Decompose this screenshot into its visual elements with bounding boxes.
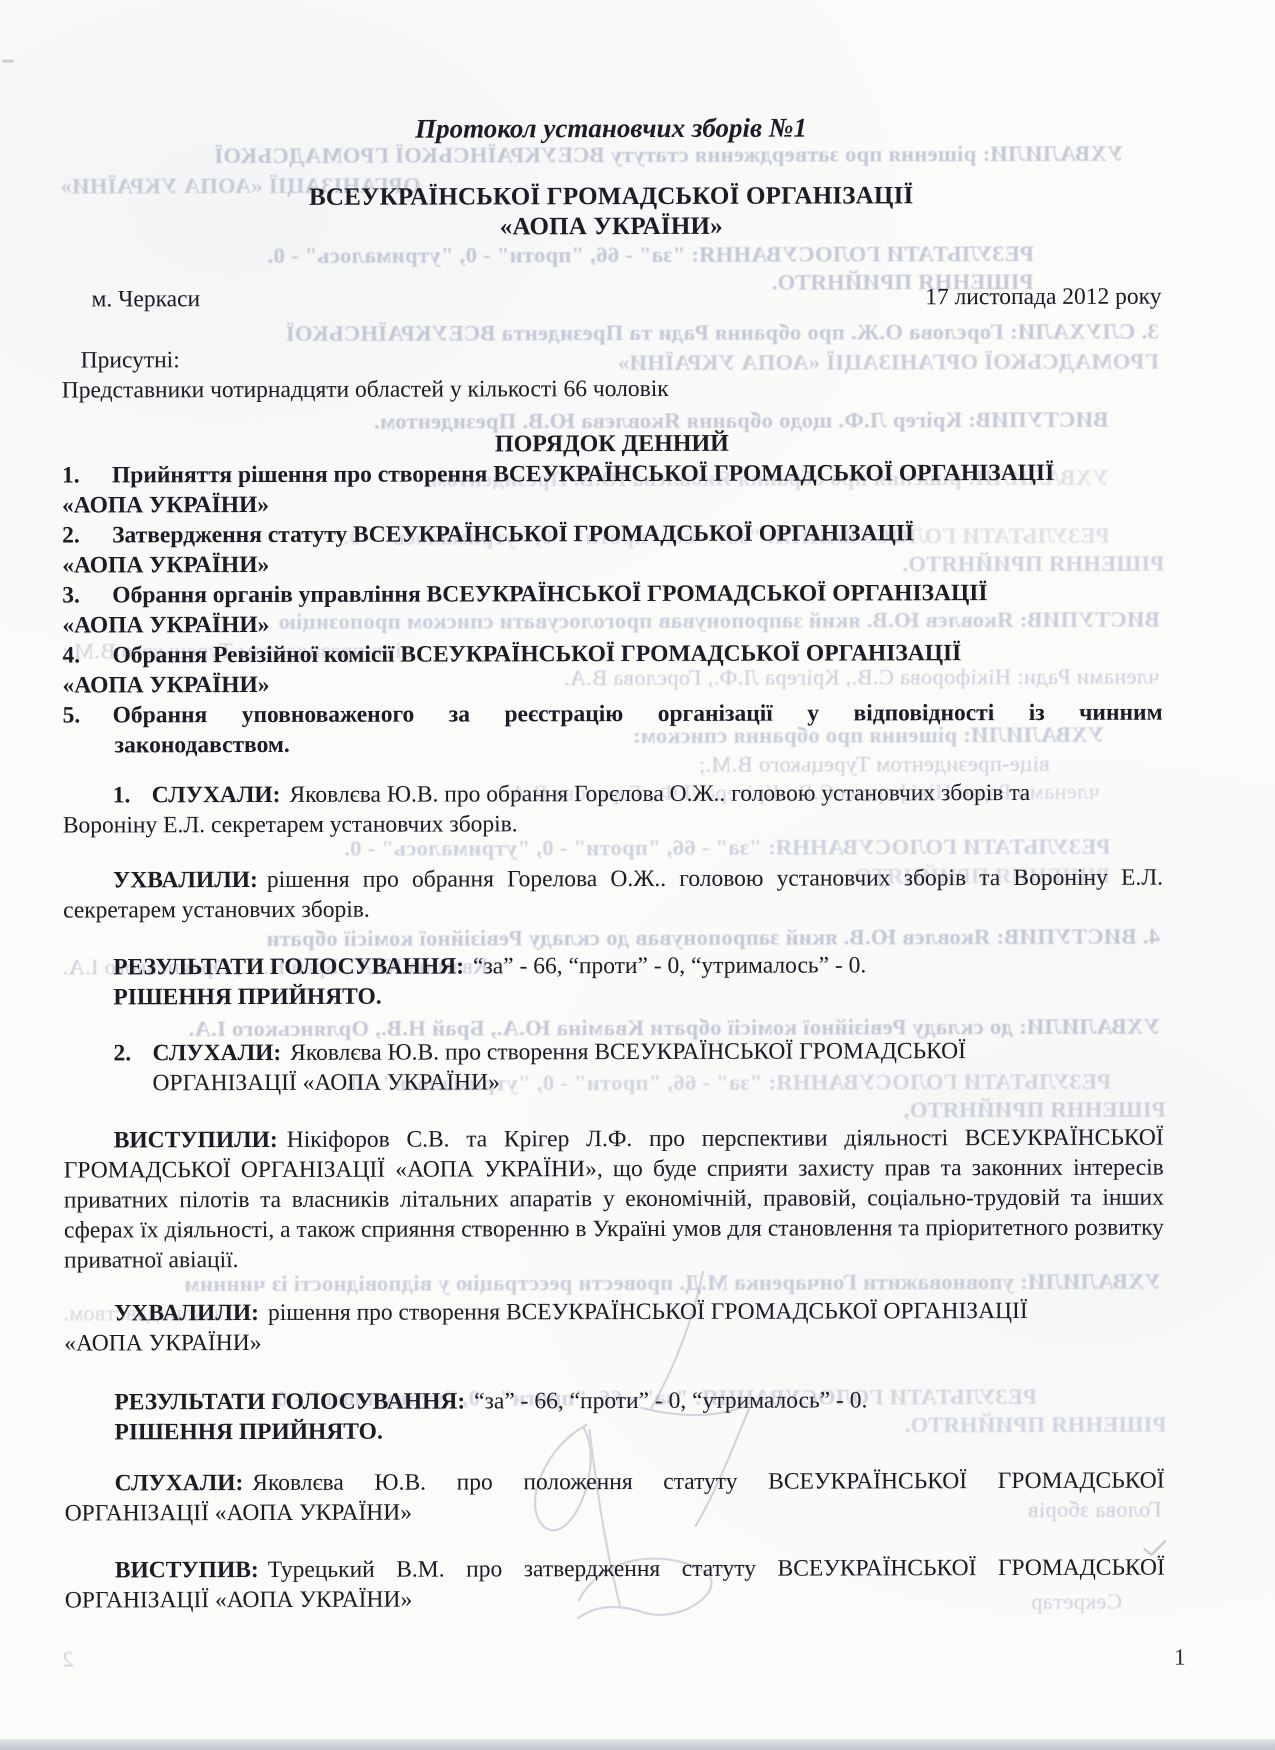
document-city: м. Черкаси <box>91 284 200 314</box>
agenda-item-3: 3.Обрання органів управління ВСЕУКРАЇНСЬ… <box>62 578 1162 641</box>
section-2-decision: РІШЕННЯ ПРИЙНЯТО. <box>64 1415 1164 1448</box>
section-text: Яковлєва Ю.В. про створення ВСЕУКРАЇНСЬК… <box>290 1038 966 1066</box>
section-text: Яковлєва Ю.В. про положення статуту ВСЕУ… <box>252 1468 1164 1496</box>
section-2-uhvalyly: УХВАЛИЛИ:рішення про створення ВСЕУКРАЇН… <box>64 1296 1164 1359</box>
agenda-text-line2: «АОПА УКРАЇНИ» <box>62 548 1162 581</box>
section-label: УХВАЛИЛИ: <box>114 1300 259 1326</box>
agenda-number: 2. <box>62 520 112 550</box>
scanned-document-page: УХВАЛИЛИ: рішення про затвердження стату… <box>0 0 1275 1750</box>
present-text: Представники чотирнадцяти областей у кіл… <box>62 373 1162 406</box>
section-text: рішення про створення ВСЕУКРАЇНСЬКОЇ ГРО… <box>268 1298 1028 1326</box>
organization-name-line1: ВСЕУКРАЇНСЬКОЇ ГРОМАДСЬКОЇ ОРГАНІЗАЦІЇ <box>61 181 1161 214</box>
section-3-sluhaly: СЛУХАЛИ:Яковлєва Ю.В. про положення стат… <box>65 1466 1165 1529</box>
organization-name-line2: «АОПА УКРАЇНИ» <box>61 211 1161 244</box>
section-number: 1. <box>113 780 152 810</box>
scanner-edge-band <box>0 1739 1275 1750</box>
section-1-uhvalyly: УХВАЛИЛИ:рішення про обрання Горелова О.… <box>63 863 1163 926</box>
agenda-text: Обрання Ревізійної комісії ВСЕУКРАЇНСЬКО… <box>112 640 961 668</box>
section-label: УХВАЛИЛИ: <box>113 867 258 893</box>
section-3-vystupyv: ВИСТУПИВ:Турецький В.М. про затвердження… <box>65 1553 1165 1616</box>
page-number: 1 <box>1174 1645 1186 1671</box>
section-text: Турецький В.М. про затвердження статуту … <box>268 1555 1165 1583</box>
results-text: “за” - 66, “проти” - 0, “утрималось” - 0… <box>473 952 866 979</box>
section-label: ВИСТУПИЛИ: <box>114 1127 278 1153</box>
present-label: Присутні: <box>62 343 1162 376</box>
agenda-item-1: 1.Прийняття рішення про створення ВСЕУКР… <box>62 458 1162 521</box>
agenda-text: Обрання уповноваженого за реєстрацію орг… <box>113 700 1163 729</box>
section-1-decision: РІШЕННЯ ПРИЙНЯТО. <box>63 980 1163 1013</box>
document-date: 17 листопада 2012 року <box>925 282 1161 313</box>
section-label: СЛУХАЛИ: <box>152 782 281 808</box>
section-number: 2. <box>113 1038 152 1068</box>
document-text-layer: Протокол установчих зборів №1 ВСЕУКРАЇНС… <box>0 0 1275 1750</box>
section-1-sluhaly: 1.СЛУХАЛИ:Яковлєва Ю.В. про обрання Горє… <box>63 778 1163 841</box>
agenda-text-line2: «АОПА УКРАЇНИ» <box>62 668 1162 701</box>
agenda-text: Обрання органів управління ВСЕУКРАЇНСЬКО… <box>112 580 987 608</box>
section-text-line2: ОРГАНІЗАЦІЇ «АОПА УКРАЇНИ» <box>65 1496 1165 1529</box>
agenda-text: Затвердження статуту ВСЕУКРАЇНСЬКОЇ ГРОМ… <box>112 520 914 548</box>
agenda-text-line2: «АОПА УКРАЇНИ» <box>62 608 1162 641</box>
agenda-item-4: 4.Обрання Ревізійної комісії ВСЕУКРАЇНСЬ… <box>62 638 1162 701</box>
section-1-vote-results: РЕЗУЛЬТАТИ ГОЛОСУВАННЯ:“за” - 66, “проти… <box>63 950 1163 983</box>
section-2-vystupyly: ВИСТУПИЛИ:Нікіфоров С.В. та Крігер Л.Ф. … <box>64 1123 1164 1276</box>
section-2-sluhaly: 2.СЛУХАЛИ:Яковлєва Ю.В. про створення ВС… <box>63 1036 1163 1099</box>
agenda-item-2: 2.Затвердження статуту ВСЕУКРАЇНСЬКОЇ ГР… <box>62 518 1162 581</box>
section-text: Яковлєва Ю.В. про обрання Горєлова О.Ж..… <box>289 780 1030 808</box>
section-label: ВИСТУПИВ: <box>115 1557 259 1583</box>
results-label: РЕЗУЛЬТАТИ ГОЛОСУВАННЯ: <box>114 1388 465 1415</box>
results-text: “за” - 66, “проти” - 0, “утрималось” - 0… <box>474 1387 867 1414</box>
agenda-item-5: 5.Обрання уповноваженого за реєстрацію о… <box>63 698 1163 761</box>
section-2-vote-results: РЕЗУЛЬТАТИ ГОЛОСУВАННЯ:“за” - 66, “проти… <box>64 1385 1164 1418</box>
agenda-text-line2: «АОПА УКРАЇНИ» <box>62 488 1162 521</box>
section-label: СЛУХАЛИ: <box>152 1040 281 1066</box>
section-label: СЛУХАЛИ: <box>115 1470 244 1496</box>
agenda-text-line2: законодавством. <box>115 728 1163 761</box>
section-text: рішення про обрання Горелова О.Ж.. голов… <box>267 865 1163 893</box>
agenda-number: 5. <box>63 700 113 730</box>
agenda-number: 3. <box>62 580 112 610</box>
agenda-text: Прийняття рішення про створення ВСЕУКРАЇ… <box>112 460 1054 488</box>
place-date-row: м. Черкаси 17 листопада 2012 року <box>61 282 1161 315</box>
agenda-number: 4. <box>62 640 112 670</box>
section-text-line2: секретарем установчих зборів. <box>63 893 1163 926</box>
section-text-line2: ОРГАНІЗАЦІЇ «АОПА УКРАЇНИ» <box>153 1066 1164 1099</box>
section-text-line2: ОРГАНІЗАЦІЇ «АОПА УКРАЇНИ» <box>65 1583 1165 1616</box>
document-title: Протокол установчих зборів №1 <box>61 112 1161 145</box>
agenda-title: ПОРЯДОК ДЕННИЙ <box>62 428 1162 461</box>
agenda-number: 1. <box>62 460 112 490</box>
section-text-line2: «АОПА УКРАЇНИ» <box>64 1326 1164 1359</box>
results-label: РЕЗУЛЬТАТИ ГОЛОСУВАННЯ: <box>113 953 464 980</box>
scan-content: УХВАЛИЛИ: рішення про затвердження стату… <box>0 0 1275 1750</box>
section-text-line2: Вороніну Е.Л. секретарем установчих збор… <box>63 808 1163 841</box>
